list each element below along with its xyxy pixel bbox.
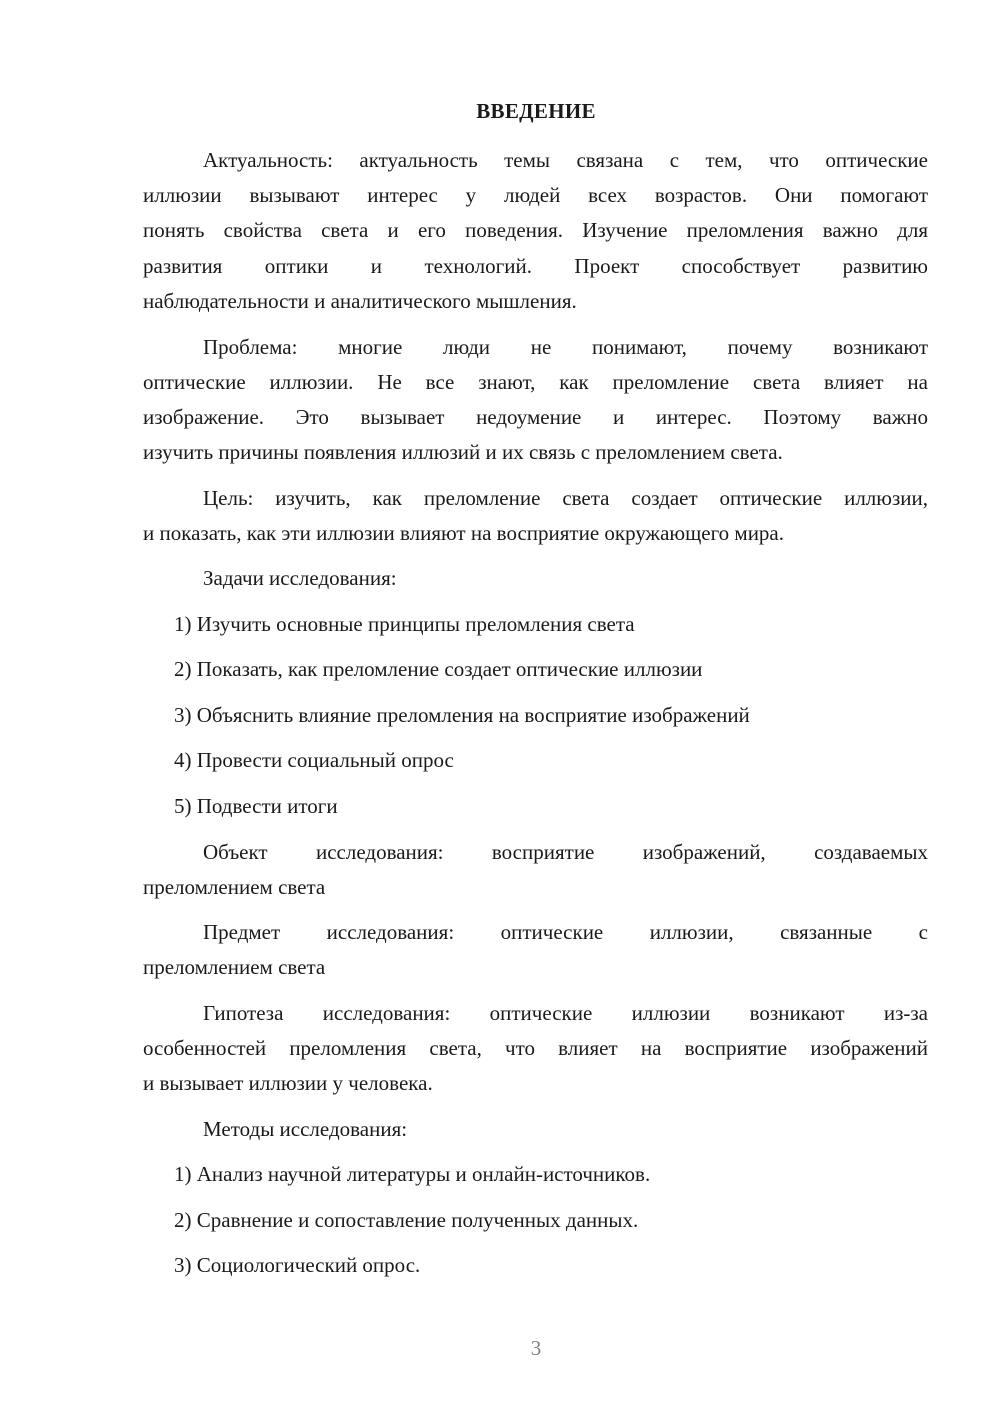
- text-line: преломлением света: [143, 953, 928, 981]
- text-line: развития оптики и технологий. Проект спо…: [143, 252, 928, 280]
- list-item: 3) Объяснить влияние преломления на восп…: [174, 701, 928, 729]
- text-line: Объект исследования: восприятие изображе…: [203, 838, 928, 866]
- text-line: и показать, как эти иллюзии влияют на во…: [143, 519, 928, 547]
- section-title: ВВЕДЕНИЕ: [0, 97, 1000, 125]
- text-line: изображение. Это вызывает недоумение и и…: [143, 403, 928, 431]
- text-line: Предмет исследования: оптические иллюзии…: [203, 918, 928, 946]
- text-line: Проблема: многие люди не понимают, почем…: [203, 333, 928, 361]
- list-item: 1) Анализ научной литературы и онлайн-ис…: [174, 1160, 928, 1188]
- text-line: и вызывает иллюзии у человека.: [143, 1069, 928, 1097]
- text-line: особенностей преломления света, что влия…: [143, 1034, 928, 1062]
- text-line: преломлением света: [143, 873, 928, 901]
- page-number: 3: [0, 1334, 1000, 1362]
- list-item: 4) Провести социальный опрос: [174, 746, 928, 774]
- text-line: иллюзии вызывают интерес у людей всех во…: [143, 181, 928, 209]
- text-line: Цель: изучить, как преломление света соз…: [203, 484, 928, 512]
- methods-heading: Методы исследования:: [203, 1115, 928, 1143]
- list-item: 1) Изучить основные принципы преломления…: [174, 610, 928, 638]
- document-page: ВВЕДЕНИЕ Актуальность: актуальность темы…: [0, 0, 1000, 1414]
- list-item: 3) Социологический опрос.: [174, 1251, 928, 1279]
- text-line: Гипотеза исследования: оптические иллюзи…: [203, 999, 928, 1027]
- text-line: оптические иллюзии. Не все знают, как пр…: [143, 368, 928, 396]
- text-line: понять свойства света и его поведения. И…: [143, 216, 928, 244]
- text-line: Актуальность: актуальность темы связана …: [203, 146, 928, 174]
- text-line: наблюдательности и аналитического мышлен…: [143, 287, 928, 315]
- text-line: изучить причины появления иллюзий и их с…: [143, 438, 928, 466]
- list-item: 2) Сравнение и сопоставление полученных …: [174, 1206, 928, 1234]
- tasks-heading: Задачи исследования:: [203, 564, 928, 592]
- list-item: 5) Подвести итоги: [174, 792, 928, 820]
- list-item: 2) Показать, как преломление создает опт…: [174, 655, 928, 683]
